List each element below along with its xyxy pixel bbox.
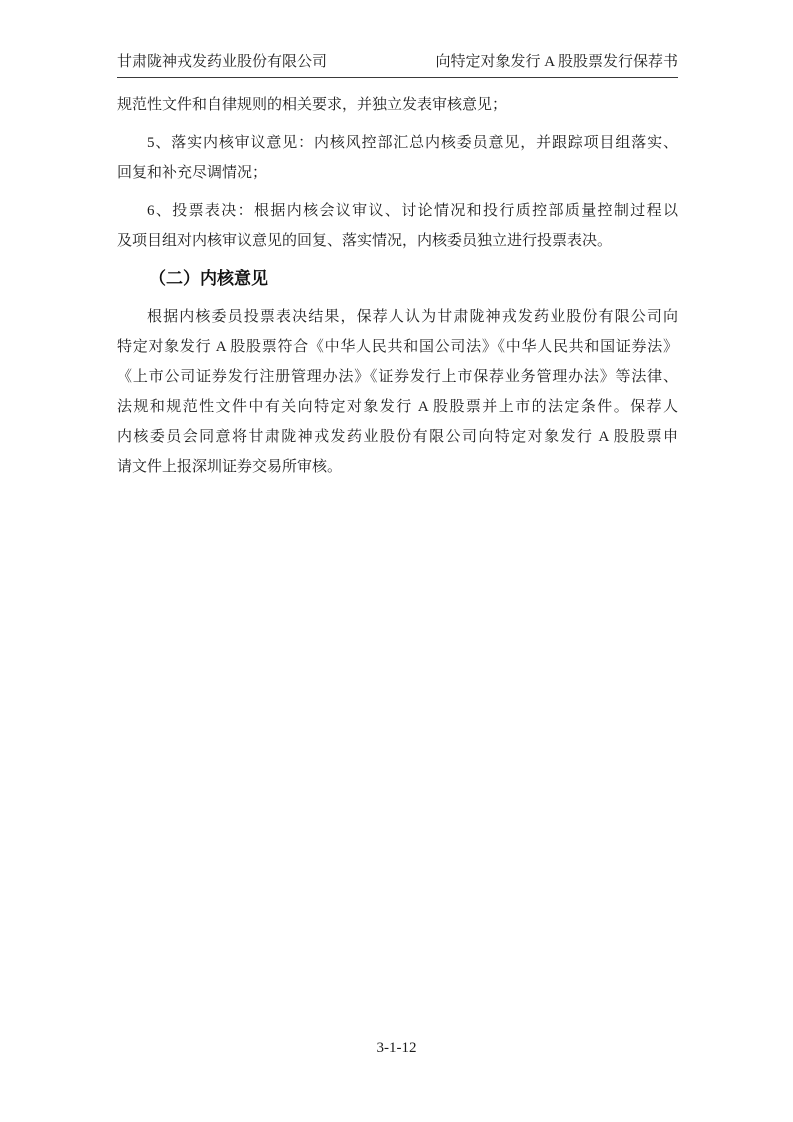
- text-line: 回复和补充尽调情况；: [117, 158, 678, 188]
- text-line: 根据内核委员投票表决结果，保荐人认为甘肃陇神戎发药业股份有限公司向: [117, 302, 678, 332]
- text-line: 6、投票表决：根据内核会议审议、讨论情况和投行质控部质量控制过程以: [117, 196, 678, 226]
- text-line: 5、落实内核审议意见：内核风控部汇总内核委员意见，并跟踪项目组落实、: [117, 128, 678, 158]
- paragraph-item-5: 5、落实内核审议意见：内核风控部汇总内核委员意见，并跟踪项目组落实、 回复和补充…: [117, 128, 678, 188]
- header-document-title: 向特定对象发行 A 股股票发行保荐书: [435, 53, 678, 72]
- paragraph-item-6: 6、投票表决：根据内核会议审议、讨论情况和投行质控部质量控制过程以 及项目组对内…: [117, 196, 678, 256]
- text-line: 法规和规范性文件中有关向特定对象发行 A 股股票并上市的法定条件。保荐人: [117, 392, 678, 422]
- page-footer: 3-1-12: [0, 1038, 793, 1058]
- section-heading: （二）内核意见: [117, 266, 678, 292]
- page-number: 3-1-12: [377, 1040, 417, 1056]
- document-body: 规范性文件和自律规则的相关要求，并独立发表审核意见； 5、落实内核审议意见：内核…: [117, 90, 678, 490]
- text-line: 及项目组对内核审议意见的回复、落实情况，内核委员独立进行投票表决。: [117, 226, 678, 256]
- text-line: 特定对象发行 A 股股票符合《中华人民共和国公司法》《中华人民共和国证券法》: [117, 332, 678, 362]
- text-line: 《上市公司证券发行注册管理办法》《证券发行上市保荐业务管理办法》等法律、: [117, 362, 678, 392]
- paragraph-opinion: 根据内核委员投票表决结果，保荐人认为甘肃陇神戎发药业股份有限公司向 特定对象发行…: [117, 302, 678, 482]
- text-line: 内核委员会同意将甘肃陇神戎发药业股份有限公司向特定对象发行 A 股股票申: [117, 422, 678, 452]
- header-company-name: 甘肃陇神戎发药业股份有限公司: [117, 53, 327, 72]
- page-header: 甘肃陇神戎发药业股份有限公司 向特定对象发行 A 股股票发行保荐书: [117, 53, 678, 78]
- document-page: 甘肃陇神戎发药业股份有限公司 向特定对象发行 A 股股票发行保荐书 规范性文件和…: [0, 0, 793, 1122]
- text-line: 请文件上报深圳证券交易所审核。: [117, 452, 678, 482]
- paragraph-continuation: 规范性文件和自律规则的相关要求，并独立发表审核意见；: [117, 90, 678, 120]
- text-line: 规范性文件和自律规则的相关要求，并独立发表审核意见；: [117, 90, 678, 120]
